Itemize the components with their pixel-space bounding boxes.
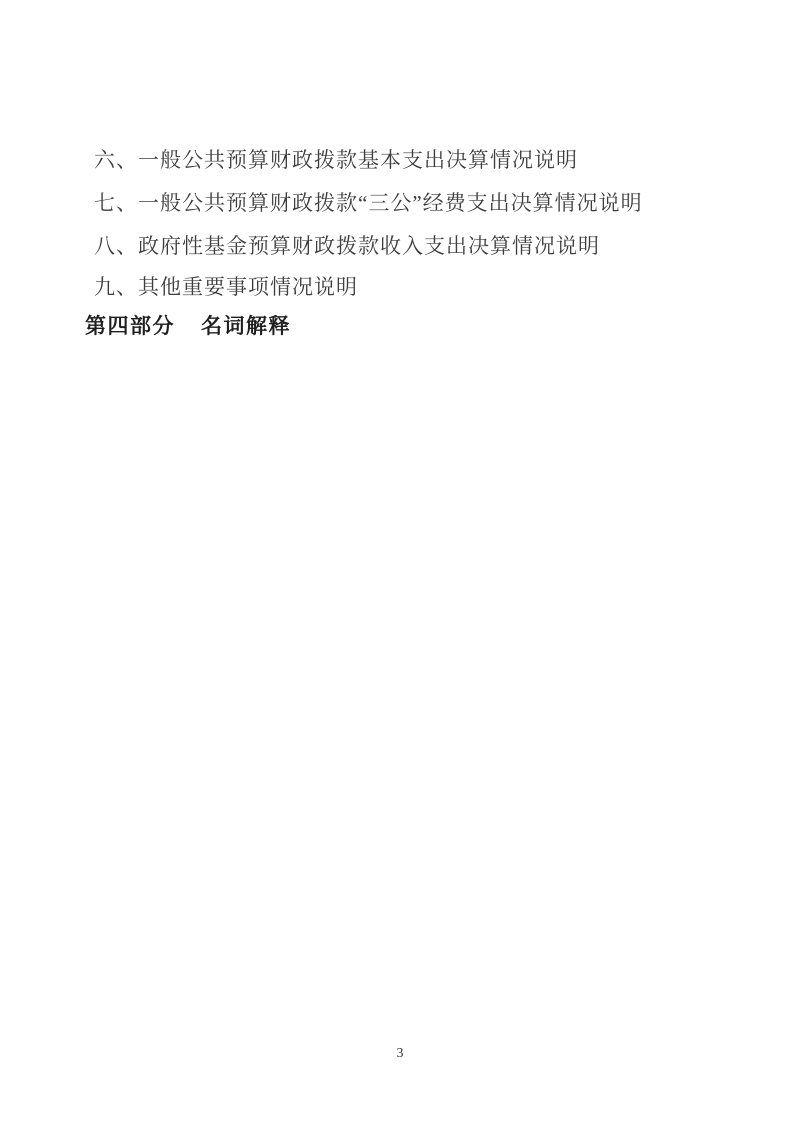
page-number: 3 — [0, 1046, 800, 1061]
toc-item-6: 六、一般公共预算财政拨款基本支出决算情况说明 — [94, 149, 578, 171]
section-heading-title: 名词解释 — [201, 315, 291, 338]
toc-item-8: 八、政府性基金预算财政拨款收入支出决算情况说明 — [94, 235, 600, 257]
section-heading-part: 第四部分 — [85, 315, 175, 338]
toc-item-9: 九、其他重要事项情况说明 — [94, 276, 358, 298]
toc-item-7: 七、一般公共预算财政拨款“三公”经费支出决算情况说明 — [94, 192, 643, 214]
document-page: 六、一般公共预算财政拨款基本支出决算情况说明 七、一般公共预算财政拨款“三公”经… — [0, 0, 800, 1132]
section-heading: 第四部分名词解释 — [85, 315, 291, 338]
